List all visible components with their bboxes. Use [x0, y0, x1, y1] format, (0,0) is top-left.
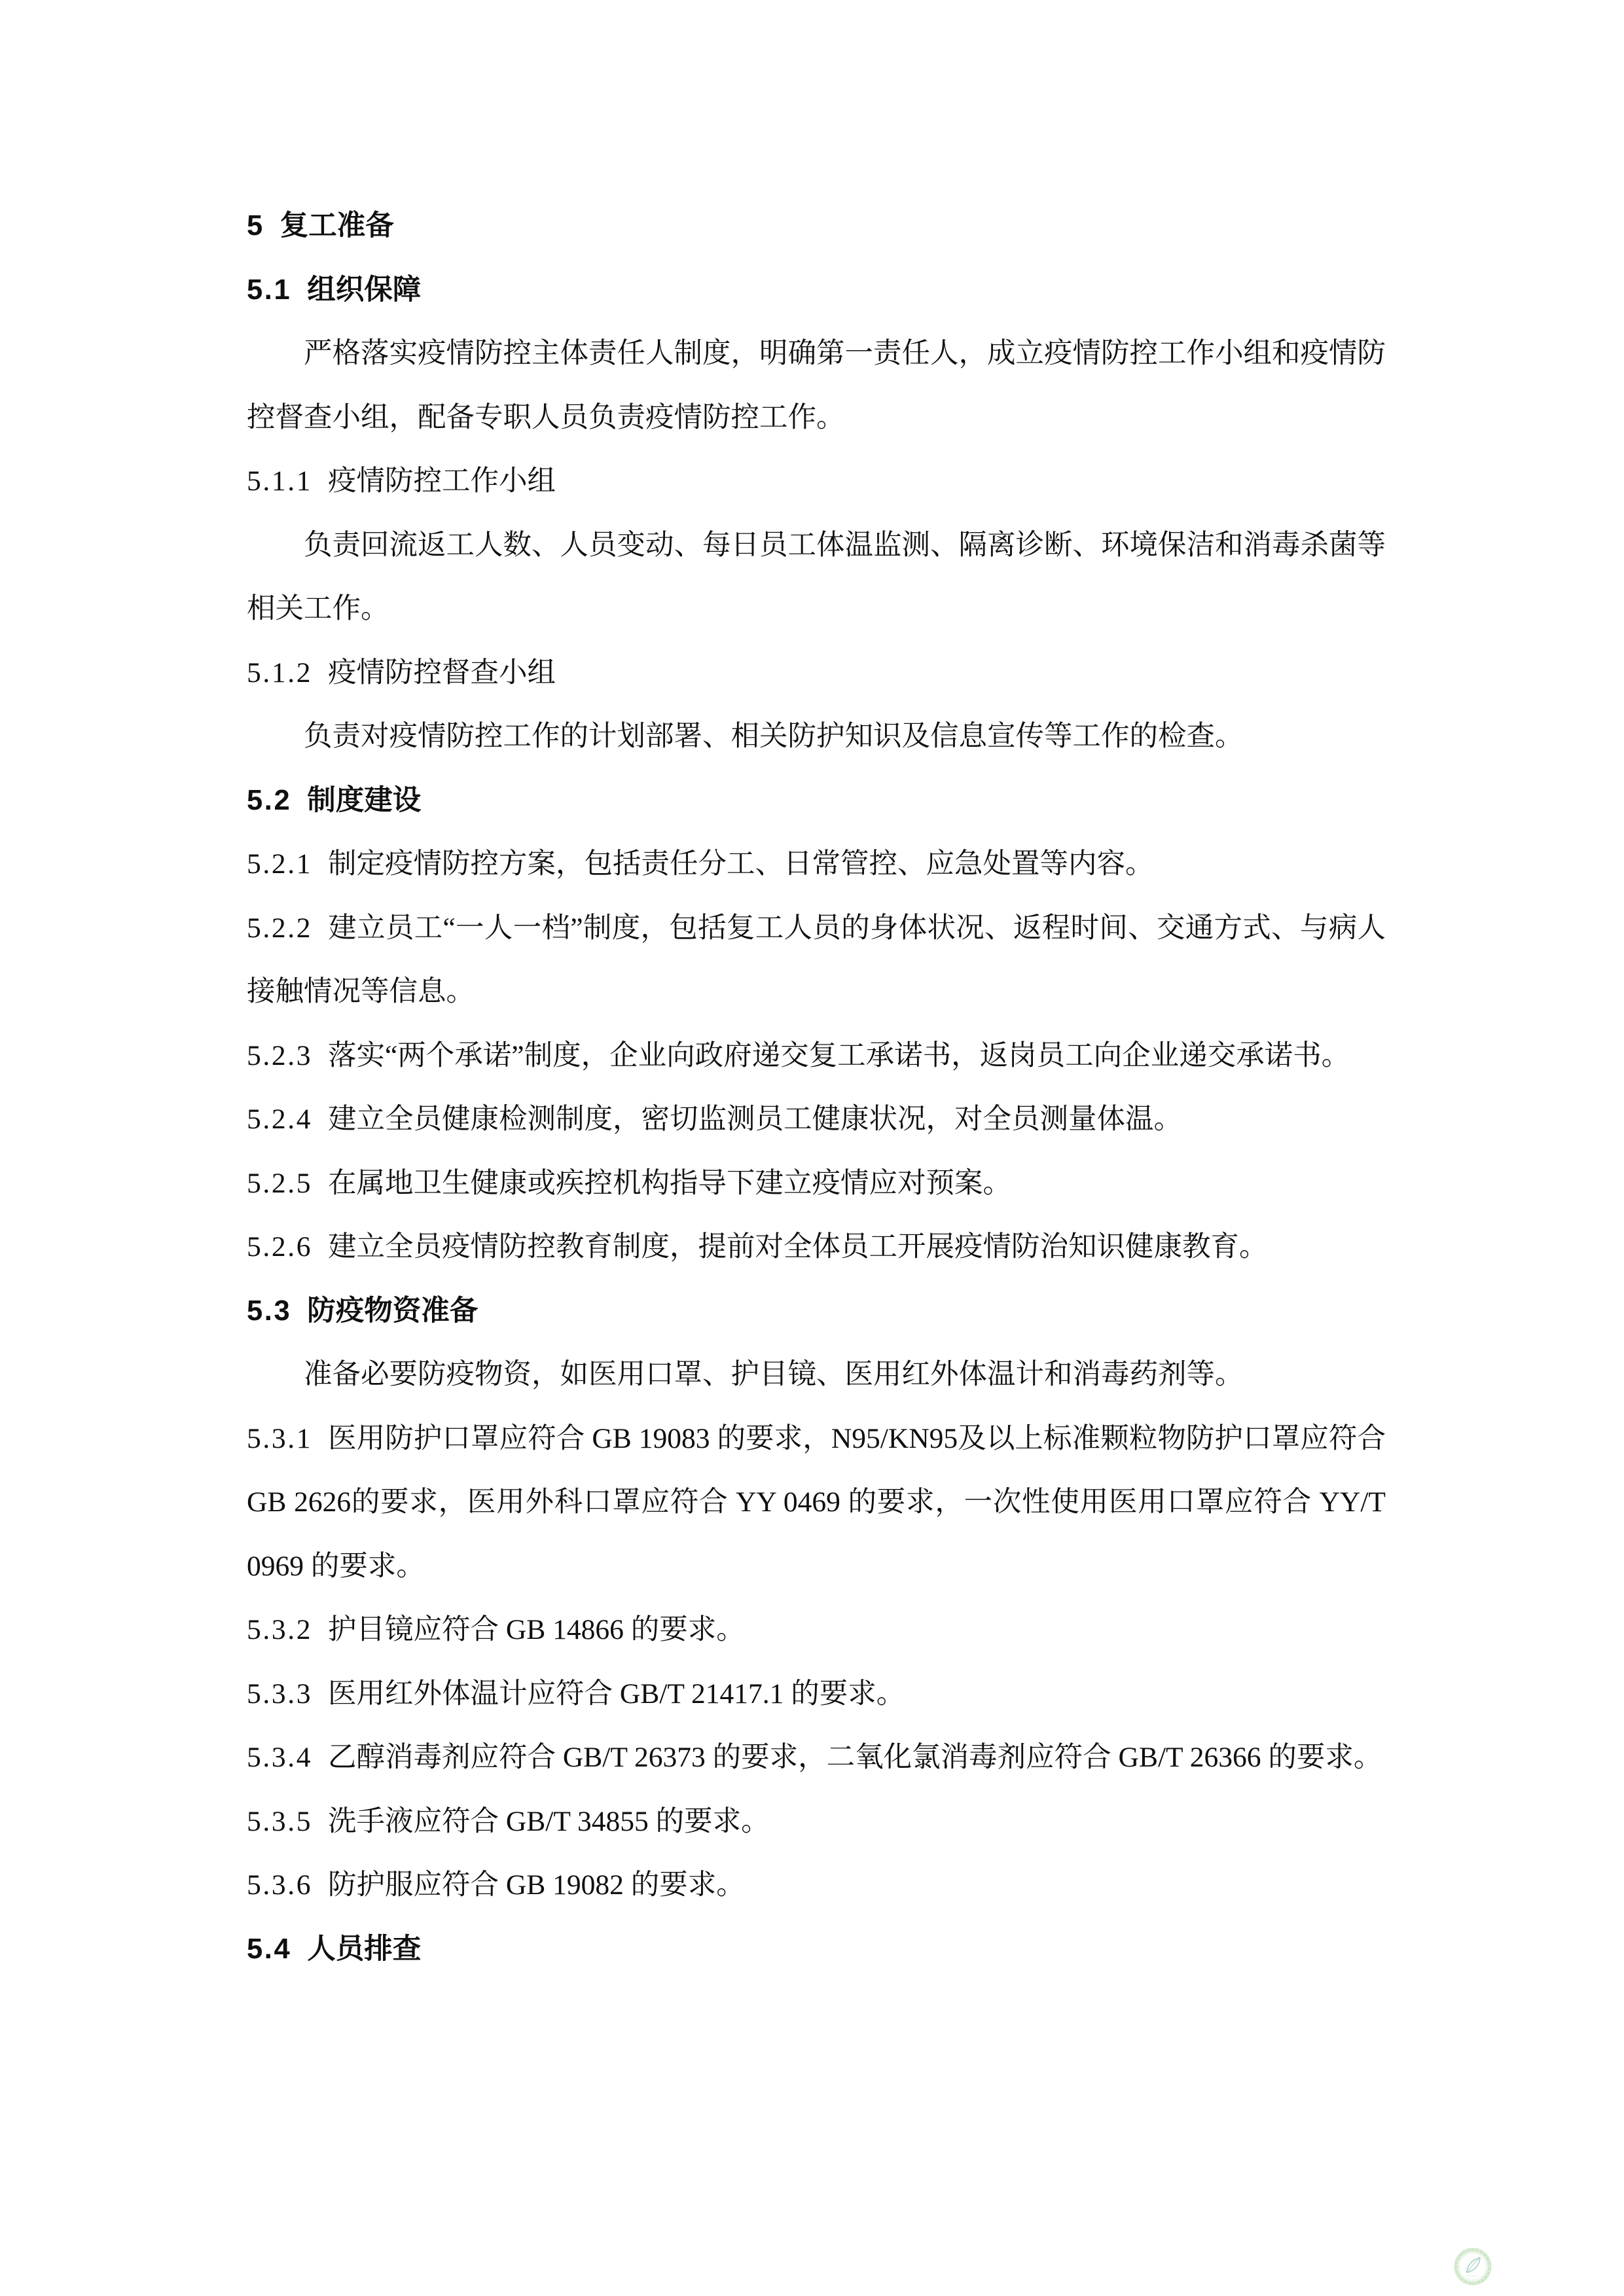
section-number: 5.1 — [247, 274, 291, 306]
leaf-badge-watermark — [1454, 2248, 1492, 2286]
clause-number: 5.3.2 — [247, 1614, 312, 1645]
section-number: 5 — [247, 210, 264, 242]
document-body: 5复工准备 5.1组织保障 严格落实疫情防控主体责任人制度，明确第一责任人，成立… — [247, 0, 1386, 1981]
section-heading-5-4: 5.4人员排查 — [247, 1918, 1386, 1982]
clause-5-3-5: 5.3.5洗手液应符合 GB/T 34855 的要求。 — [247, 1790, 1386, 1854]
section-title: 人员排查 — [307, 1933, 421, 1965]
clause-text: 建立员工“一人一档”制度，包括复工人员的身体状况、返程时间、交通方式、与病人接触… — [247, 912, 1386, 1008]
section-title: 防疫物资准备 — [307, 1295, 478, 1327]
clause-5-3-2: 5.3.2护目镜应符合 GB 14866 的要求。 — [247, 1598, 1386, 1662]
clause-text: 制定疫情防控方案，包括责任分工、日常管控、应急处置等内容。 — [328, 848, 1154, 880]
section-title: 组织保障 — [307, 274, 421, 306]
section-heading-5: 5复工准备 — [247, 194, 1386, 259]
clause-text: 医用防护口罩应符合 GB 19083 的要求，N95/KN95及以上标准颗粒物防… — [247, 1423, 1386, 1582]
paragraph-5-1-2-duties: 负责对疫情防控工作的计划部署、相关防护知识及信息宣传等工作的检查。 — [247, 705, 1386, 769]
clause-5-3-6: 5.3.6防护服应符合 GB 19082 的要求。 — [247, 1854, 1386, 1918]
section-title: 复工准备 — [280, 210, 394, 242]
clause-number: 5.2.2 — [247, 912, 312, 944]
clause-text: 防护服应符合 GB 19082 的要求。 — [328, 1869, 745, 1901]
paragraph-5-1-1-duties: 负责回流返工人数、人员变动、每日员工体温监测、隔离诊断、环境保洁和消毒杀菌等相关… — [247, 514, 1386, 641]
clause-text: 护目镜应符合 GB 14866 的要求。 — [328, 1614, 745, 1645]
section-heading-5-2: 5.2制度建设 — [247, 769, 1386, 833]
paragraph-text: 负责对疫情防控工作的计划部署、相关防护知识及信息宣传等工作的检查。 — [304, 721, 1244, 752]
clause-5-2-2: 5.2.2建立员工“一人一档”制度，包括复工人员的身体状况、返程时间、交通方式、… — [247, 897, 1386, 1024]
clause-text: 在属地卫生健康或疾控机构指导下建立疫情应对预案。 — [328, 1168, 1011, 1199]
paragraph-5-1-intro: 严格落实疫情防控主体责任人制度，明确第一责任人，成立疫情防控工作小组和疫情防控督… — [247, 322, 1386, 450]
clause-text: 疫情防控督查小组 — [328, 657, 556, 689]
section-heading-5-1: 5.1组织保障 — [247, 259, 1386, 323]
clause-number: 5.3.6 — [247, 1869, 312, 1901]
section-title: 制度建设 — [307, 785, 421, 816]
clause-5-2-1: 5.2.1制定疫情防控方案，包括责任分工、日常管控、应急处置等内容。 — [247, 833, 1386, 897]
clause-5-3-1: 5.3.1医用防护口罩应符合 GB 19083 的要求，N95/KN95及以上标… — [247, 1407, 1386, 1599]
clause-number: 5.3.5 — [247, 1806, 312, 1837]
paragraph-text: 严格落实疫情防控主体责任人制度，明确第一责任人，成立疫情防控工作小组和疫情防控督… — [247, 338, 1386, 433]
clause-text: 落实“两个承诺”制度，企业向政府递交复工承诺书，返岗员工向企业递交承诺书。 — [328, 1040, 1350, 1071]
clause-5-2-3: 5.2.3落实“两个承诺”制度，企业向政府递交复工承诺书，返岗员工向企业递交承诺… — [247, 1024, 1386, 1088]
clause-text: 疫情防控工作小组 — [328, 465, 556, 497]
clause-5-3-3: 5.3.3医用红外体温计应符合 GB/T 21417.1 的要求。 — [247, 1662, 1386, 1727]
paragraph-text: 准备必要防疫物资，如医用口罩、护目镜、医用红外体温计和消毒药剂等。 — [304, 1359, 1244, 1390]
clause-text: 乙醇消毒剂应符合 GB/T 26373 的要求，二氧化氯消毒剂应符合 GB/T … — [328, 1742, 1382, 1773]
document-page: 5复工准备 5.1组织保障 严格落实疫情防控主体责任人制度，明确第一责任人，成立… — [0, 0, 1624, 2296]
clause-number: 5.3.3 — [247, 1678, 312, 1710]
clause-number: 5.2.4 — [247, 1103, 312, 1135]
clause-text: 医用红外体温计应符合 GB/T 21417.1 的要求。 — [328, 1678, 905, 1710]
clause-text: 建立全员疫情防控教育制度，提前对全体员工开展疫情防治知识健康教育。 — [328, 1231, 1268, 1263]
clause-number: 5.2.5 — [247, 1168, 312, 1199]
clause-number: 5.1.2 — [247, 657, 312, 689]
clause-number: 5.2.3 — [247, 1040, 312, 1071]
clause-text: 建立全员健康检测制度，密切监测员工健康状况，对全员测量体温。 — [328, 1103, 1182, 1135]
clause-5-2-5: 5.2.5在属地卫生健康或疾控机构指导下建立疫情应对预案。 — [247, 1152, 1386, 1216]
clause-5-1-1: 5.1.1疫情防控工作小组 — [247, 450, 1386, 514]
paragraph-5-3-intro: 准备必要防疫物资，如医用口罩、护目镜、医用红外体温计和消毒药剂等。 — [247, 1343, 1386, 1407]
clause-number: 5.1.1 — [247, 465, 312, 497]
clause-5-1-2: 5.1.2疫情防控督查小组 — [247, 641, 1386, 706]
clause-5-2-4: 5.2.4建立全员健康检测制度，密切监测员工健康状况，对全员测量体温。 — [247, 1088, 1386, 1152]
clause-5-3-4: 5.3.4乙醇消毒剂应符合 GB/T 26373 的要求，二氧化氯消毒剂应符合 … — [247, 1726, 1386, 1790]
clause-text: 洗手液应符合 GB/T 34855 的要求。 — [328, 1806, 770, 1837]
section-number: 5.3 — [247, 1295, 291, 1327]
section-number: 5.2 — [247, 785, 291, 816]
clause-5-2-6: 5.2.6建立全员疫情防控教育制度，提前对全体员工开展疫情防治知识健康教育。 — [247, 1215, 1386, 1280]
paragraph-text: 负责回流返工人数、人员变动、每日员工体温监测、隔离诊断、环境保洁和消毒杀菌等相关… — [247, 529, 1386, 625]
section-number: 5.4 — [247, 1933, 291, 1965]
clause-number: 5.3.1 — [247, 1423, 312, 1454]
leaf-badge-icon — [1454, 2248, 1492, 2286]
clause-number: 5.3.4 — [247, 1742, 312, 1773]
section-heading-5-3: 5.3防疫物资准备 — [247, 1280, 1386, 1344]
clause-number: 5.2.1 — [247, 848, 312, 880]
clause-number: 5.2.6 — [247, 1231, 312, 1263]
